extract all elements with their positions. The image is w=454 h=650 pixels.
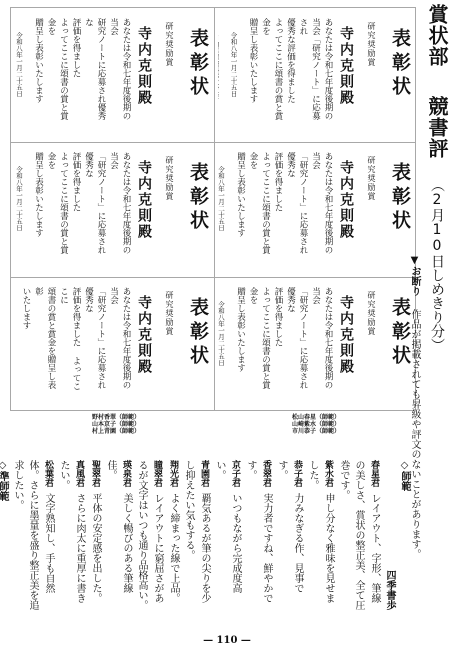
credits-right: 松山春星（師範） 山崎紫水（師範） 市川恭子（師範） <box>292 414 340 435</box>
certificate-title: 表彰状 <box>387 28 414 140</box>
body-line: あなたは令和七年度後期の当会 <box>107 18 132 126</box>
certificate-date: 令和八年一月二十五日 <box>218 166 226 274</box>
credit-line: 山崎紫水（師範） <box>292 421 340 428</box>
entrant-name: 聖翠君 <box>87 460 102 487</box>
notice-label: ▼お断り <box>409 255 420 296</box>
award-name: 研究奨励賞 <box>164 291 175 409</box>
entrant-name: 紫水君 <box>320 460 335 487</box>
recipient-name: 寺内克則殿 <box>134 295 154 409</box>
review-entry: 松葉君文字熟知し、手も自然体。さらに墨量を盛り整正美を追求したい。 <box>10 460 56 610</box>
recipient-name: 寺内克則殿 <box>134 160 154 274</box>
body-line: 評価を得ました <box>70 18 83 126</box>
review-entry: 青園君覇気あるが筆の尖りを少し抑えたい気もする。 <box>181 460 212 610</box>
body-line: 贈呈し表彰いたします <box>234 152 247 260</box>
credit-line: 山本京子（師範） <box>92 421 140 428</box>
grid-divider-vertical <box>214 7 215 411</box>
review-entry: 瑛泉君美しく暢びのある筆線佳。 <box>103 460 134 610</box>
certificate-yamazaki: 表彰状 研究奨励賞 寺内克則殿 あなたは令和七年度後期の当会 「研究ノート」に応… <box>218 144 414 274</box>
review-entry: 翔光君よく締まった線で上品。 <box>165 460 181 610</box>
certificate-body: あなたは令和七年度後期の当会 「研究ノート」に応募され優秀な 評価を得ました よ… <box>234 152 334 260</box>
award-name: 研究奨励賞 <box>366 291 377 409</box>
entrant-name: 春星君 <box>366 460 381 487</box>
review-entry: 春星君レイアウト、字形、筆線の美しさ、賞状の整正美、全て圧巻です。 <box>336 460 382 610</box>
body-line: 「研究ノート」に応募され優秀な <box>284 152 309 260</box>
review-text: ◇師範四季書歩 春星君レイアウト、字形、筆線の美しさ、賞状の整正美、全て圧巻です… <box>4 460 412 610</box>
certificate-ichikawa: 表彰状 研究奨励賞 寺内克則殿 あなたは令和七年度後期の当会 「研究ノート」に応… <box>218 279 414 409</box>
review-entry: 瞳翠君レイアウトに窮屈さがあるが文字はいつも通り品格高い。 <box>134 460 165 610</box>
body-line: 贈呈し表彰いたします <box>32 152 45 260</box>
deadline-note: （2月10日しめきり分） <box>429 178 445 352</box>
body-line: よってここに頌書の賞と賞金を <box>45 152 70 260</box>
certificate-title: 表彰状 <box>185 28 212 140</box>
body-line: いたします <box>20 287 33 395</box>
review-entry: 紫水君申し分なく雅味を見せました。 <box>305 460 336 610</box>
award-name: 研究奨励賞 <box>366 22 377 140</box>
credit-line: 市川恭子（師範） <box>292 428 340 435</box>
body-line: 評価を得ました よってここに <box>57 287 82 395</box>
certificate-body: あなたは令和七年度後期の当会 研究ノートに応募され優秀な 評価を得ました よって… <box>32 18 132 126</box>
body-line: 贈呈し表彰いたします <box>247 18 260 126</box>
certificate-yamamoto: 表彰状 研究奨励賞 寺内克則殿 あなたは令和七年度後期の当会 「研究ノート」に応… <box>13 144 212 274</box>
review-comment: 平体の安定感を出した。 <box>90 493 101 603</box>
section-heading: ◇準師範 <box>0 460 8 501</box>
review-entry: 聖翠君平体の安定感を出した。 <box>87 460 103 610</box>
page-header: 賞状部 競書評 （2月10日しめきり分） <box>418 4 452 644</box>
entrant-name: 松葉君 <box>40 460 55 487</box>
body-line: よってここに頌書の賞と賞金を <box>247 287 272 395</box>
body-line: 評価を得ました <box>272 287 285 395</box>
body-line: よってここに頌書の賞と賞金を <box>259 18 284 126</box>
body-line: 評価を得ました <box>70 152 83 260</box>
body-line: あなたは令和七年度後期の当会 <box>107 287 132 395</box>
entrant-name: 京子君 <box>227 460 242 487</box>
certificate-title: 表彰状 <box>185 297 212 409</box>
entrant-name: 真風君 <box>71 460 86 487</box>
grid-divider-horizontal-1 <box>10 142 416 143</box>
body-line: 評価を得ました <box>272 152 285 260</box>
certificate-date: 令和八年一月二十五日 <box>230 32 239 140</box>
review-entry: 香翠君実力者ですね、鮮やかです。 <box>243 460 274 610</box>
certificate-body: あなたは令和七年度後期の当会 「研究ノート」に応募され優秀な 評価を得ました よ… <box>234 287 334 395</box>
certificate-body: あなたは令和七年度後期の当会 「研究ノート」に応募され優秀な 評価を得ました よ… <box>20 287 133 395</box>
section-heading-row: ◇師範四季書歩 <box>382 460 412 610</box>
review-entry: 京子君いつもながら完成度高い。 <box>212 460 243 610</box>
page-title: 競書評 <box>425 96 449 159</box>
award-name: 研究奨励賞 <box>164 156 175 274</box>
certificate-nomura: 表彰状 研究奨励賞 寺内克則殿 あなたは令和七年度後期の当会 研究ノートに応募さ… <box>13 10 212 140</box>
body-line: よってここに頌書の賞と賞金を <box>45 18 70 126</box>
credits-left: 野村香翠（師範） 山本京子（師範） 村上青園（師範） <box>92 414 140 435</box>
review-entry: 真風君さらに肉太に重厚に書きたい。 <box>56 460 87 610</box>
body-line: 「研究ノート」に応募され優秀な <box>82 287 107 395</box>
organization: 自動車保険料率算定会 総務理事 <box>218 34 220 140</box>
org-name: 自動車保険料率算定会 <box>218 34 220 140</box>
section-name: 賞状部 <box>425 4 449 67</box>
page-number: — 110 — <box>0 635 454 646</box>
certificate-date: 令和八年一月二十五日 <box>15 32 24 140</box>
body-line: 研究ノートに応募され優秀な <box>82 18 107 126</box>
credit-line: 松山春星（師範） <box>292 414 340 421</box>
body-line: あなたは令和七年度後期の当会 <box>309 287 334 395</box>
review-entry: 恭子君力みなぎる作、見事です。 <box>274 460 305 610</box>
certificate-date: 令和八年一月二十五日 <box>218 301 226 409</box>
recipient-name: 寺内克則殿 <box>134 26 154 140</box>
body-line: あなたは令和七年度後期の当会 <box>107 152 132 260</box>
recipient-name: 寺内克則殿 <box>336 26 356 140</box>
body-line: 当会「研究ノート」に応募され <box>297 18 322 126</box>
credit-line: 村上青園（師範） <box>92 428 140 435</box>
entrant-name: 瞳翠君 <box>149 460 164 487</box>
certificate-murakami: 表彰状 研究奨励賞 寺内克則殿 あなたは令和七年度後期の当会 「研究ノート」に応… <box>13 279 212 409</box>
award-name: 研究奨励賞 <box>366 156 377 274</box>
body-line: あなたは令和七年度後期の当会 <box>309 152 334 260</box>
entrant-name: 青園君 <box>196 460 211 487</box>
certificate-body: あなたは令和七年度後期の 当会「研究ノート」に応募され 優秀な評価を得ました よ… <box>247 18 335 126</box>
section-heading: ◇師範 <box>399 460 410 491</box>
section-heading-row: ◇準師範書歩 <box>0 460 10 610</box>
entrant-name: 香翠君 <box>258 460 273 487</box>
review-comment: よく締まった線で上品。 <box>168 493 179 603</box>
award-name: 研究奨励賞 <box>164 22 175 140</box>
recipient-name: 寺内克則殿 <box>336 295 356 409</box>
entrant-name: 瑛泉君 <box>118 460 133 487</box>
entrant-name: 翔光君 <box>165 460 180 487</box>
entrant-name: 恭子君 <box>289 460 304 487</box>
body-line: 「研究ノート」に応募され優秀な <box>82 152 107 260</box>
certificate-body: あなたは令和七年度後期の当会 「研究ノート」に応募され優秀な 評価を得ました よ… <box>32 152 132 260</box>
certificate-title: 表彰状 <box>185 162 212 274</box>
grid-divider-horizontal-2 <box>10 277 416 278</box>
certificate-date: 令和八年一月二十五日 <box>15 166 24 274</box>
body-line: 「研究ノート」に応募され優秀な <box>284 287 309 395</box>
body-line: よってここに頌書の賞と賞金を <box>247 152 272 260</box>
recipient-name: 寺内克則殿 <box>336 160 356 274</box>
certificate-matsuyama: 表彰状 研究奨励賞 寺内克則殿 あなたは令和七年度後期の 当会「研究ノート」に応… <box>218 10 414 140</box>
judge-name: 四季書歩 <box>382 570 397 610</box>
body-line: あなたは令和七年度後期の <box>322 18 335 126</box>
credit-line: 野村香翠（師範） <box>92 414 140 421</box>
body-line: 贈呈し表彰いたします <box>234 287 247 395</box>
body-line: 贈呈し表彰いたします <box>32 18 45 126</box>
body-line: 優秀な評価を得ました <box>284 18 297 126</box>
body-line: 頌書の賞と賞金を贈呈し表彰 <box>32 287 57 395</box>
